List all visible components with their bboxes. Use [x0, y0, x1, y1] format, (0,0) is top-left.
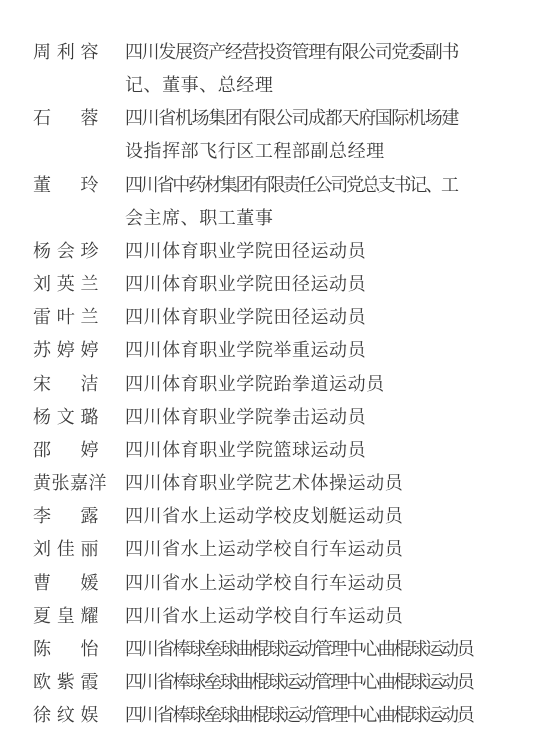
- person-name: 雷叶兰: [33, 301, 99, 334]
- person-name: 陈 怡: [33, 633, 99, 666]
- entry-lines: 四川体育职业学院艺术体操运动员: [125, 467, 403, 500]
- roster-entry: 邵 婷 四川体育职业学院篮球运动员: [33, 434, 524, 467]
- roster-entry: 刘英兰 四川体育职业学院田径运动员: [33, 268, 524, 301]
- person-name: 黄张嘉洋: [33, 467, 99, 500]
- entry-lines: 四川省水上运动学校皮划艇运动员: [125, 500, 403, 533]
- affiliation-line: 四川体育职业学院田径运动员: [125, 235, 366, 268]
- person-name: 宋 洁: [33, 368, 99, 401]
- roster-entry: 杨会珍 四川体育职业学院田径运动员: [33, 235, 524, 268]
- roster-entry: 黄张嘉洋 四川体育职业学院艺术体操运动员: [33, 467, 524, 500]
- entry-lines: 四川省水上运动学校自行车运动员: [125, 567, 403, 600]
- affiliation-line: 四川省机场集团有限公司成都天府国际机场建: [125, 102, 458, 135]
- affiliation-line: 四川发展资产经营投资管理有限公司党委副书: [125, 36, 458, 69]
- affiliation-line: 会主席、职工董事: [125, 202, 457, 235]
- entry-lines: 四川体育职业学院田径运动员: [125, 268, 366, 301]
- roster-entry: 宋 洁 四川体育职业学院跆拳道运动员: [33, 368, 524, 401]
- affiliation-line: 四川体育职业学院田径运动员: [125, 268, 366, 301]
- person-name: 杨文璐: [33, 401, 99, 434]
- roster-entry: 杨文璐 四川体育职业学院拳击运动员: [33, 401, 524, 434]
- entry-lines: 四川省棒球垒球曲棍球运动管理中心曲棍球运动员: [125, 633, 473, 666]
- affiliation-line: 四川体育职业学院篮球运动员: [125, 434, 366, 467]
- affiliation-line: 四川省中药材集团有限责任公司党总支书记、工: [125, 169, 457, 202]
- person-name: 刘英兰: [33, 268, 99, 301]
- entry-lines: 四川体育职业学院田径运动员: [125, 301, 366, 334]
- person-name: 石 蓉: [33, 102, 99, 135]
- affiliation-line: 记、董事、总经理: [125, 69, 458, 102]
- entry-lines: 四川发展资产经营投资管理有限公司党委副书记、董事、总经理: [125, 36, 458, 102]
- roster-list: 周利容 四川发展资产经营投资管理有限公司党委副书记、董事、总经理 石 蓉 四川省…: [33, 36, 524, 732]
- entry-lines: 四川体育职业学院拳击运动员: [125, 401, 366, 434]
- roster-entry: 曹 媛 四川省水上运动学校自行车运动员: [33, 567, 524, 600]
- roster-entry: 刘佳丽 四川省水上运动学校自行车运动员: [33, 533, 524, 566]
- roster-entry: 欧紫霞 四川省棒球垒球曲棍球运动管理中心曲棍球运动员: [33, 666, 524, 699]
- affiliation-line: 四川省水上运动学校皮划艇运动员: [125, 500, 403, 533]
- person-name: 董 玲: [33, 169, 99, 202]
- affiliation-line: 四川体育职业学院拳击运动员: [125, 401, 366, 434]
- person-name: 邵 婷: [33, 434, 99, 467]
- person-name: 刘佳丽: [33, 533, 99, 566]
- document-page: 周利容 四川发展资产经营投资管理有限公司党委副书记、董事、总经理 石 蓉 四川省…: [0, 0, 552, 750]
- roster-entry: 夏皇耀 四川省水上运动学校自行车运动员: [33, 600, 524, 633]
- person-name: 曹 媛: [33, 567, 99, 600]
- affiliation-line: 四川体育职业学院田径运动员: [125, 301, 366, 334]
- affiliation-line: 四川省水上运动学校自行车运动员: [125, 567, 403, 600]
- entry-lines: 四川省中药材集团有限责任公司党总支书记、工会主席、职工董事: [125, 169, 457, 235]
- roster-entry: 董 玲 四川省中药材集团有限责任公司党总支书记、工会主席、职工董事: [33, 169, 524, 235]
- person-name: 苏婷婷: [33, 334, 99, 367]
- entry-lines: 四川省棒球垒球曲棍球运动管理中心曲棍球运动员: [125, 699, 473, 732]
- affiliation-line: 四川省水上运动学校自行车运动员: [125, 533, 403, 566]
- affiliation-line: 四川省棒球垒球曲棍球运动管理中心曲棍球运动员: [125, 699, 473, 732]
- person-name: 周利容: [33, 36, 99, 69]
- affiliation-line: 设指挥部飞行区工程部副总经理: [125, 135, 458, 168]
- entry-lines: 四川体育职业学院跆拳道运动员: [125, 368, 385, 401]
- affiliation-line: 四川省棒球垒球曲棍球运动管理中心曲棍球运动员: [125, 633, 473, 666]
- roster-entry: 雷叶兰 四川体育职业学院田径运动员: [33, 301, 524, 334]
- entry-lines: 四川省棒球垒球曲棍球运动管理中心曲棍球运动员: [125, 666, 473, 699]
- affiliation-line: 四川省水上运动学校自行车运动员: [125, 600, 403, 633]
- roster-entry: 周利容 四川发展资产经营投资管理有限公司党委副书记、董事、总经理: [33, 36, 524, 102]
- roster-entry: 苏婷婷 四川体育职业学院举重运动员: [33, 334, 524, 367]
- roster-entry: 陈 怡 四川省棒球垒球曲棍球运动管理中心曲棍球运动员: [33, 633, 524, 666]
- person-name: 李 露: [33, 500, 99, 533]
- affiliation-line: 四川体育职业学院艺术体操运动员: [125, 467, 403, 500]
- affiliation-line: 四川体育职业学院跆拳道运动员: [125, 368, 385, 401]
- person-name: 欧紫霞: [33, 666, 99, 699]
- affiliation-line: 四川省棒球垒球曲棍球运动管理中心曲棍球运动员: [125, 666, 473, 699]
- entry-lines: 四川体育职业学院举重运动员: [125, 334, 366, 367]
- roster-entry: 李 露 四川省水上运动学校皮划艇运动员: [33, 500, 524, 533]
- person-name: 徐纹娱: [33, 699, 99, 732]
- entry-lines: 四川省水上运动学校自行车运动员: [125, 600, 403, 633]
- roster-entry: 徐纹娱 四川省棒球垒球曲棍球运动管理中心曲棍球运动员: [33, 699, 524, 732]
- person-name: 夏皇耀: [33, 600, 99, 633]
- entry-lines: 四川体育职业学院篮球运动员: [125, 434, 366, 467]
- roster-entry: 石 蓉 四川省机场集团有限公司成都天府国际机场建设指挥部飞行区工程部副总经理: [33, 102, 524, 168]
- entry-lines: 四川体育职业学院田径运动员: [125, 235, 366, 268]
- entry-lines: 四川省机场集团有限公司成都天府国际机场建设指挥部飞行区工程部副总经理: [125, 102, 458, 168]
- person-name: 杨会珍: [33, 235, 99, 268]
- affiliation-line: 四川体育职业学院举重运动员: [125, 334, 366, 367]
- entry-lines: 四川省水上运动学校自行车运动员: [125, 533, 403, 566]
